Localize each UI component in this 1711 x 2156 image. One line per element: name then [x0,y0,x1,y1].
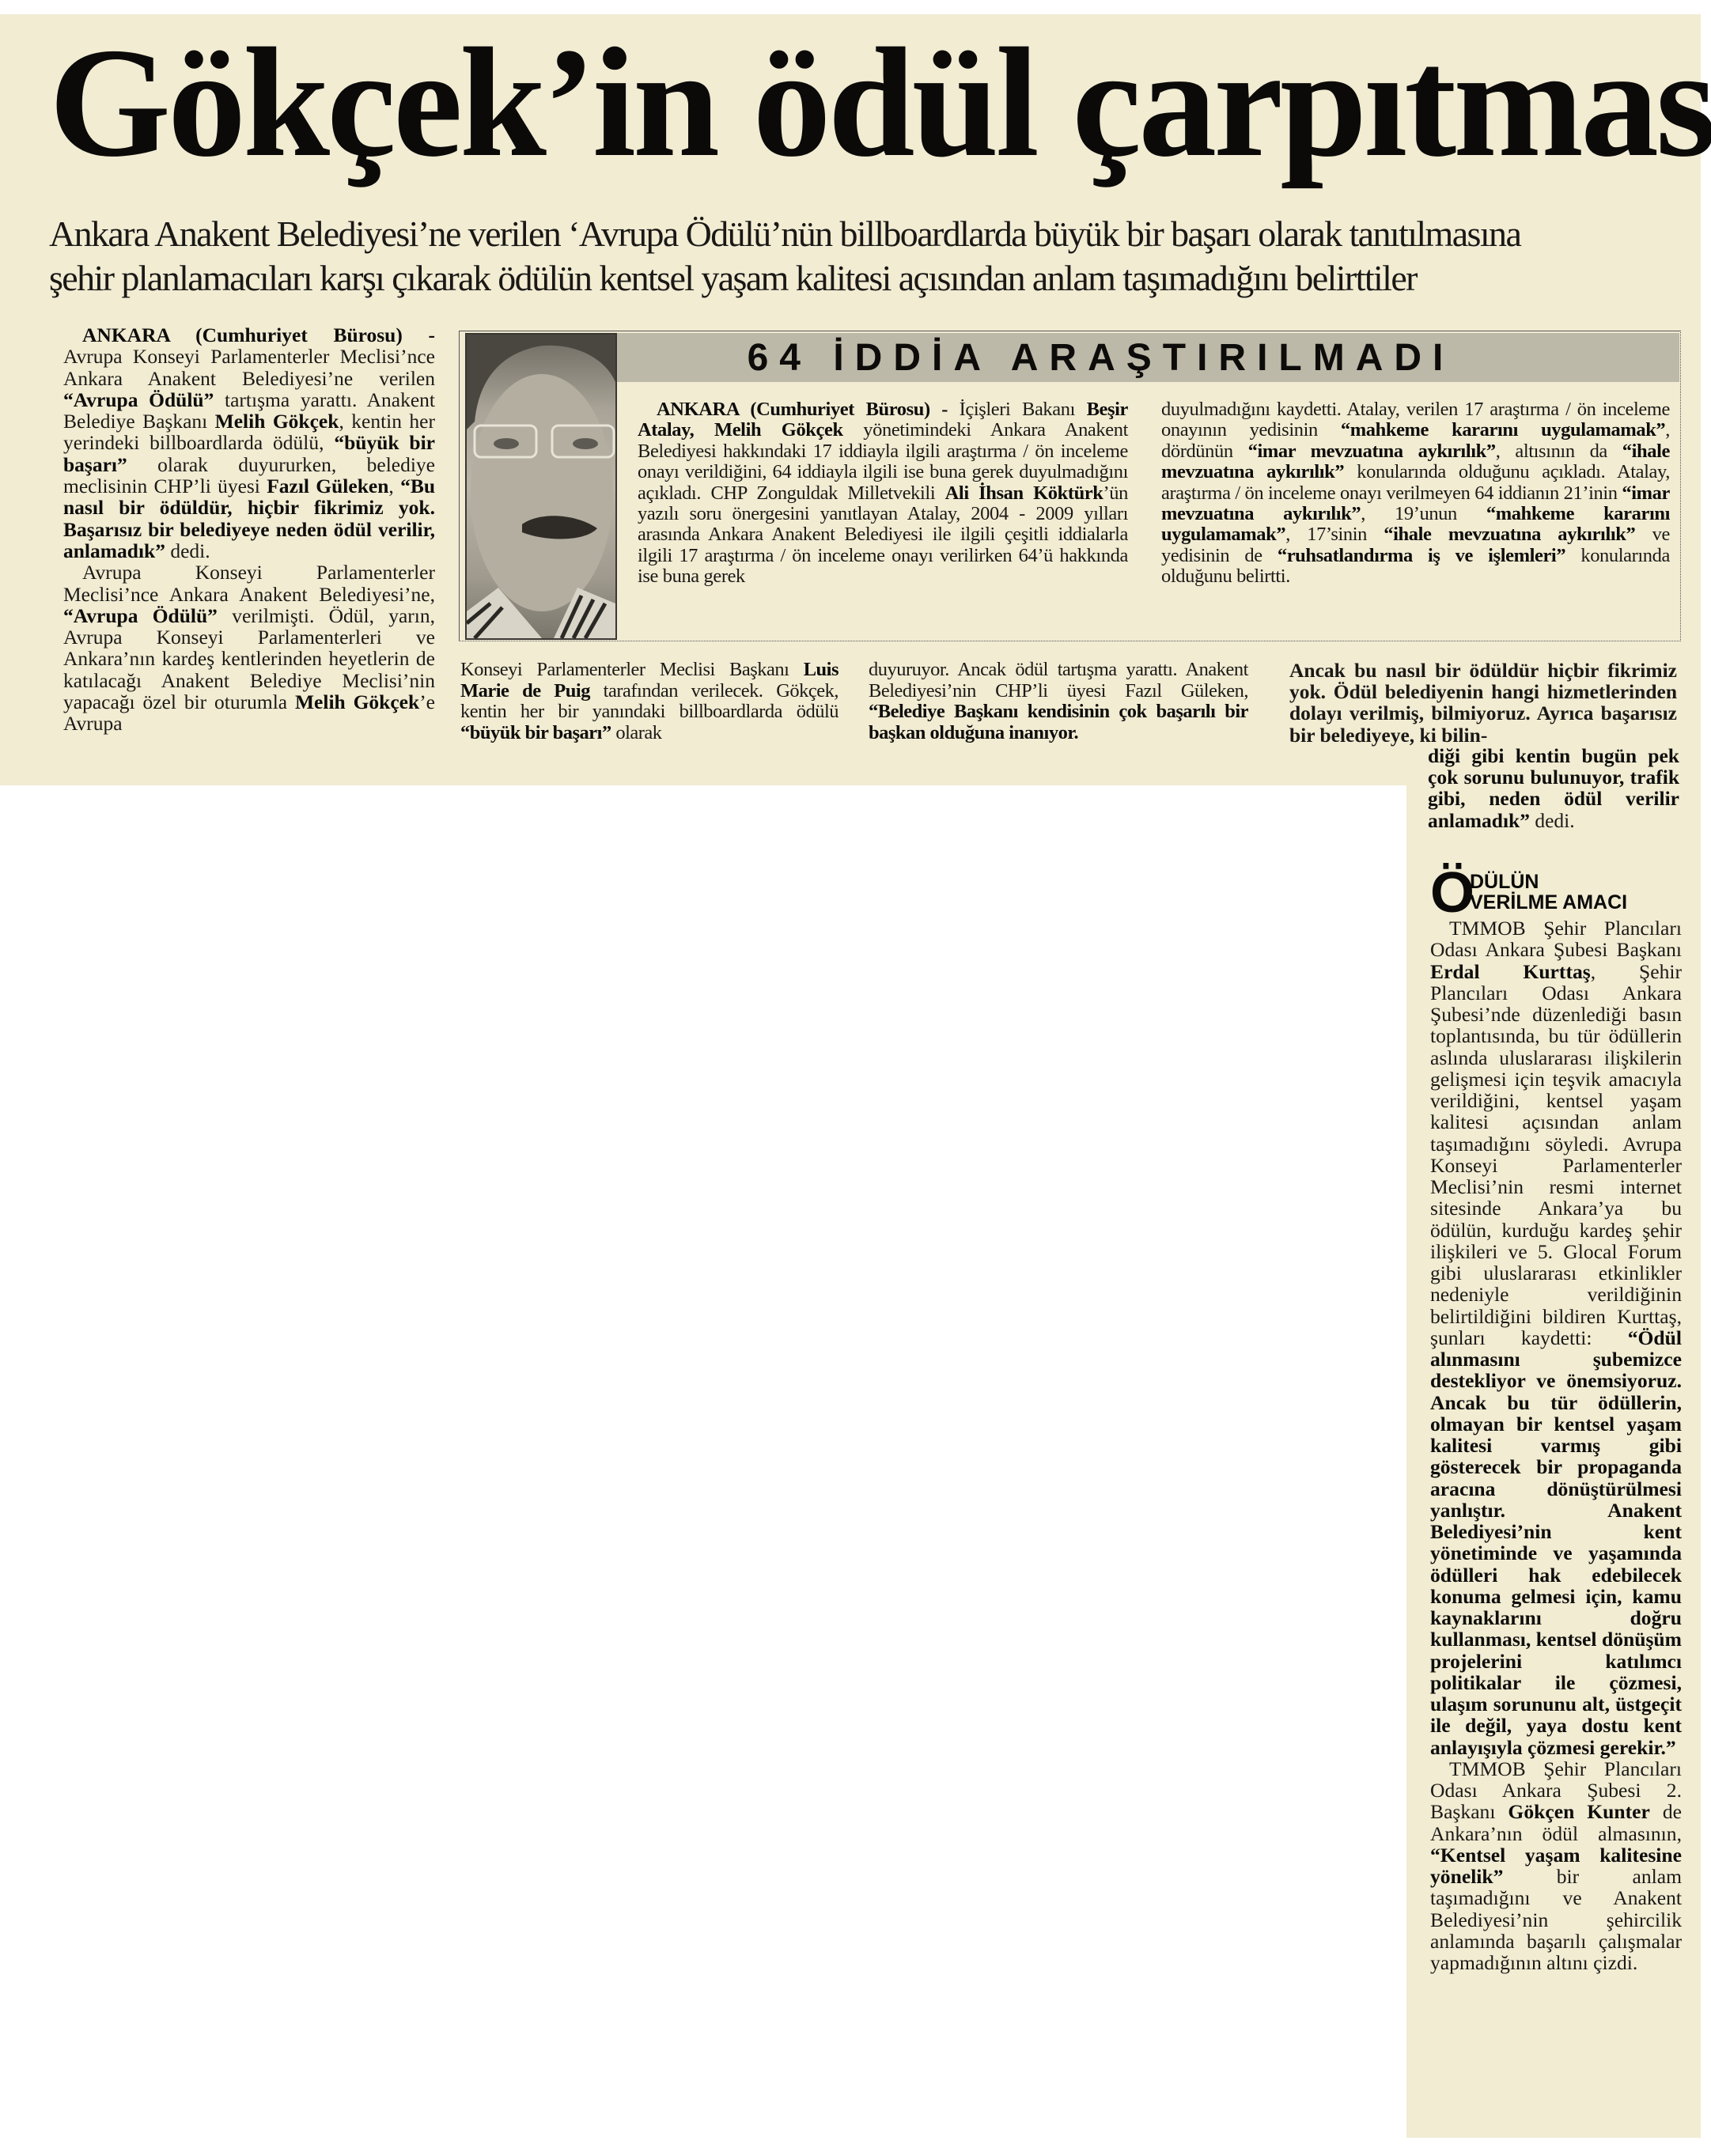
subheading: Ö DÜLÜN VERİLME AMACI [1430,868,1683,916]
right-column-top: Ancak bu nasıl bir ödüldür hiçbir fikrim… [1289,660,1677,746]
sidebar-column-1: ANKARA (Cumhuriyet Bürosu) - İçişleri Ba… [638,399,1128,588]
sidebar-column-2: duyulmadığını kaydetti. Atalay, verilen … [1161,399,1670,588]
deck-line-1: Ankara Anakent Belediyesi’ne verilen ‘Av… [49,212,1679,256]
subheading-line-2: VERİLME AMACI [1470,892,1627,913]
right-quote-end: diği gibi kentin bugün pek çok sorunu bu… [1428,745,1679,831]
sidebar-paragraph-1: ANKARA (Cumhuriyet Bürosu) - İçişleri Ba… [638,399,1128,588]
right-paragraph-1: TMMOB Şehir Plancıları Odası Ankara Şube… [1430,917,1682,1758]
middle-paragraph-2: duyuruyor. Ancak ödül tartışma yarattı. … [869,660,1248,743]
right-paragraph-2: TMMOB Şehir Plancıları Odası Ankara Şube… [1430,1758,1682,1974]
left-paragraph-2: Avrupa Konseyi Parlamenterler Meclisi’nc… [63,562,435,734]
middle-column-2: duyuruyor. Ancak ödül tartışma yarattı. … [869,660,1248,743]
sidebar-box-header: 64 İDDİA ARAŞTIRILMADI [617,333,1679,382]
subheading-initial: Ö [1430,865,1474,921]
portrait-illustration-icon [467,335,615,638]
deck-subheadline: Ankara Anakent Belediyesi’ne verilen ‘Av… [49,212,1679,301]
sidebar-box-title: 64 İDDİA ARAŞTIRILMADI [748,336,1455,380]
headline: Gökçek’in ödül çarpıtması [49,24,1679,182]
subheading-line-1: DÜLÜN [1470,872,1539,892]
right-column-top-continuation: diği gibi kentin bugün pek çok sorunu bu… [1428,745,1679,831]
sidebar-paragraph-2: duyulmadığını kaydetti. Atalay, verilen … [1161,399,1670,588]
middle-column-1: Konseyi Parlamenterler Meclisi Başkanı L… [460,660,838,743]
left-column: ANKARA (Cumhuriyet Bürosu) - Avrupa Kons… [63,324,435,735]
right-column: TMMOB Şehir Plancıları Odası Ankara Şube… [1430,917,1682,1973]
right-quote-start: Ancak bu nasıl bir ödüldür hiçbir fikrim… [1289,660,1677,746]
deck-line-2: şehir planlamacıları karşı çıkarak ödülü… [49,256,1679,301]
dateline: ANKARA (Cumhuriyet Bürosu) - [82,323,435,346]
portrait-photo-icon [465,333,617,640]
dateline: ANKARA (Cumhuriyet Bürosu) - [657,399,960,420]
left-paragraph-1: ANKARA (Cumhuriyet Bürosu) - Avrupa Kons… [63,324,435,562]
middle-paragraph-1: Konseyi Parlamenterler Meclisi Başkanı L… [460,660,838,743]
